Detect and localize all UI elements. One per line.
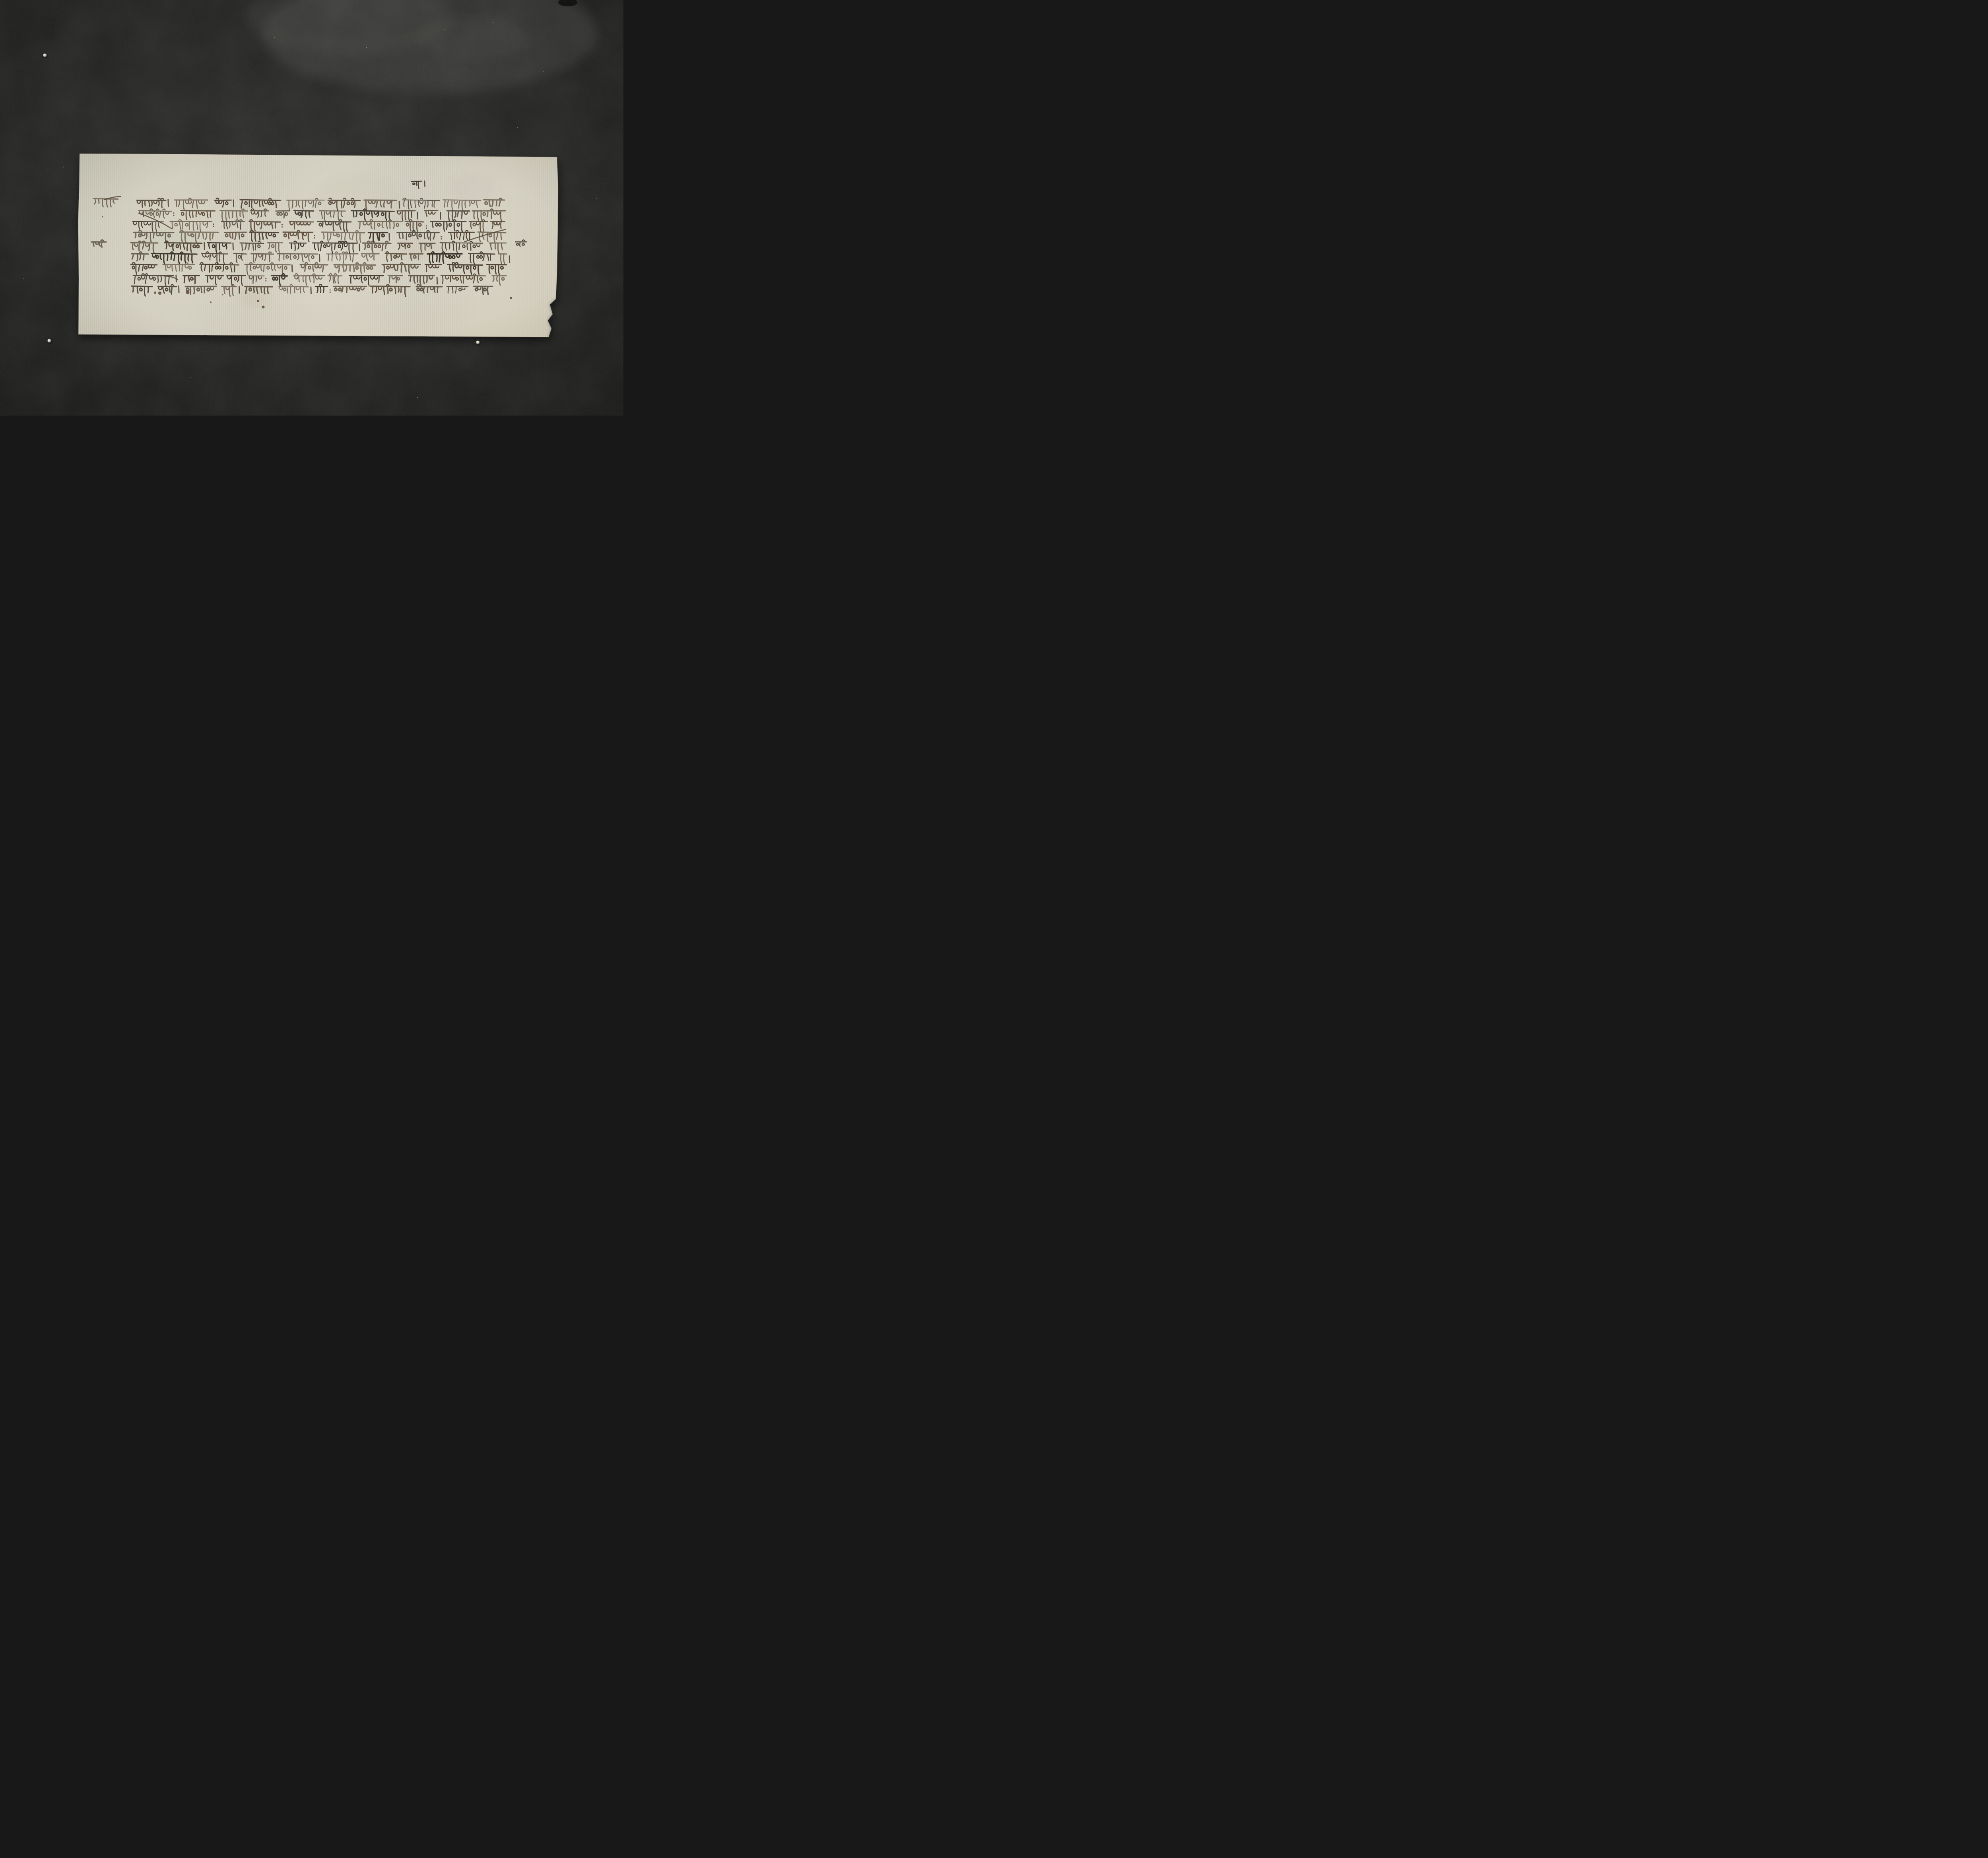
- manuscript-photo-stage: মৈ। অযোধ্যা ১৬৮ ন্ত ৩ যোধাস্তে তোদযন্তো …: [0, 0, 623, 416]
- manuscript-photo: [0, 0, 623, 416]
- photo-grain: [0, 0, 623, 416]
